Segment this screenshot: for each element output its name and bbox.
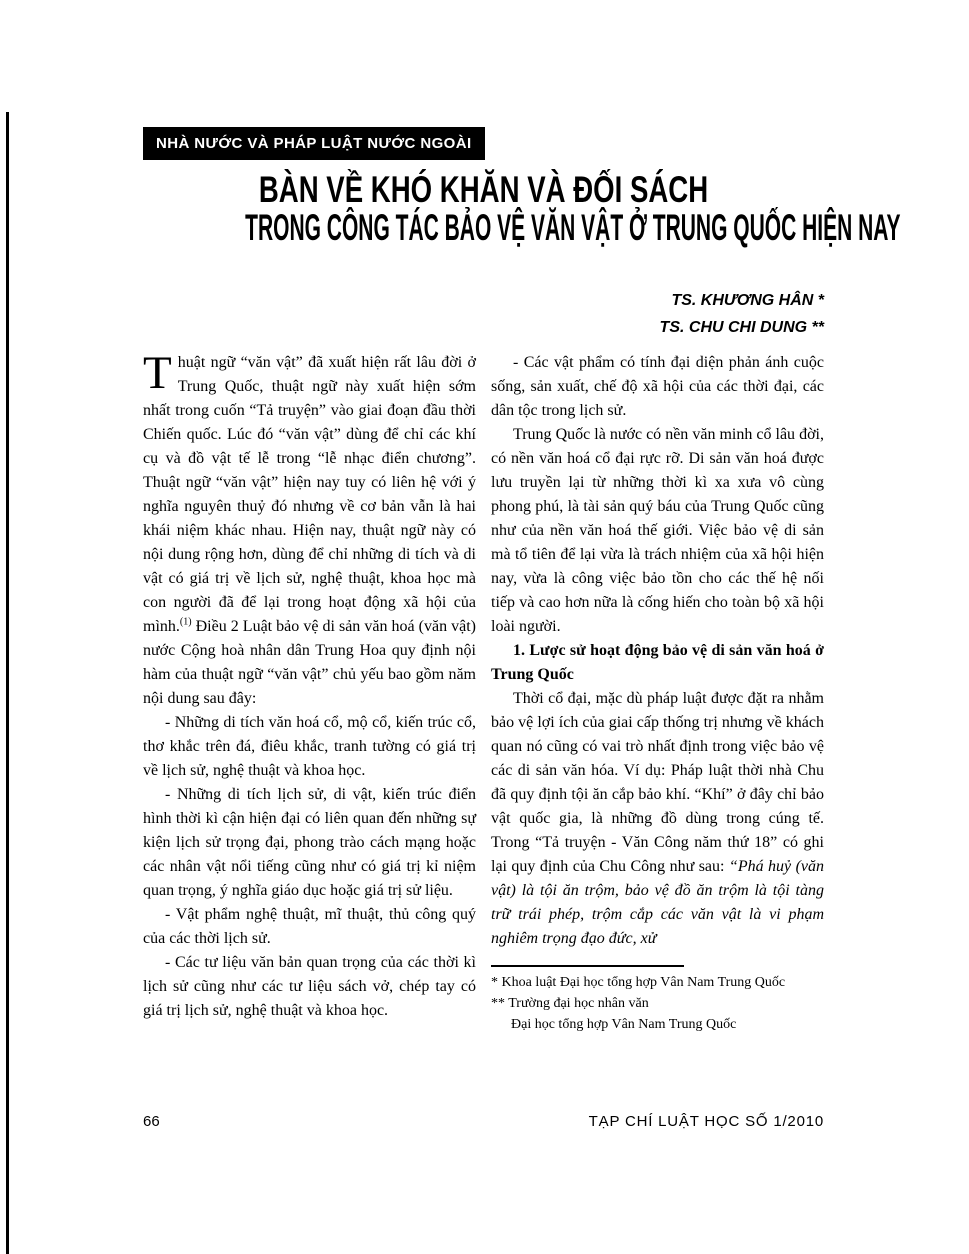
section-banner: NHÀ NƯỚC VÀ PHÁP LUẬT NƯỚC NGOÀI [143,127,485,160]
paragraph-intro: Thuật ngữ “văn vật” đã xuất hiện rất lâu… [143,351,476,711]
paragraph-intro-text: huật ngữ “văn vật” đã xuất hiện rất lâu … [143,354,476,635]
author-block: TS. KHƯƠNG HÂN * TS. CHU CHI DUNG ** [143,287,824,341]
right-column: - Các vật phẩm có tính đại diện phản ánh… [491,351,824,1109]
author-2: TS. CHU CHI DUNG ** [143,314,824,341]
list-item-1: - Những di tích văn hoá cổ, mộ cổ, kiến … [143,711,476,783]
paragraph-history-text: Thời cổ đại, mặc dù pháp luật được đặt r… [491,690,824,875]
list-item-2: - Những di tích lịch sử, di vật, kiến tr… [143,783,476,903]
journal-name: TẠP CHÍ LUẬT HỌC SỐ 1/2010 [589,1113,824,1130]
list-item-4: - Các tư liệu văn bản quan trọng của các… [143,951,476,1023]
article-title: BÀN VỀ KHÓ KHĂN VÀ ĐỐI SÁCH TRONG CÔNG T… [143,172,824,248]
section-heading-1: 1. Lược sử hoạt động bảo vệ di sản văn h… [491,639,824,687]
drop-cap: T [143,351,178,394]
page-number: 66 [143,1113,160,1130]
footnote-separator-rule [491,965,684,967]
footnote-block: * Khoa luật Đại học tổng hợp Vân Nam Tru… [491,965,824,1035]
paragraph-china-heritage: Trung Quốc là nước có nền văn minh cổ lâ… [491,423,824,639]
page-footer: 66 TẠP CHÍ LUẬT HỌC SỐ 1/2010 [143,1113,824,1130]
footnote-2: ** Trường đại học nhân văn [491,993,824,1014]
list-item-5: - Các vật phẩm có tính đại diện phản ánh… [491,351,824,423]
footnote-2-continued: Đại học tổng hợp Vân Nam Trung Quốc [491,1014,824,1035]
footnote-1: * Khoa luật Đại học tổng hợp Vân Nam Tru… [491,972,824,993]
article-title-line-2: TRONG CÔNG TÁC BẢO VỆ VĂN VẬT Ở TRUNG QU… [245,206,722,252]
article-body: Thuật ngữ “văn vật” đã xuất hiện rất lâu… [143,351,824,1109]
author-1: TS. KHƯƠNG HÂN * [143,287,824,314]
paragraph-intro-text-cont: Điều 2 Luật bảo vệ di sản văn hoá (văn v… [143,618,476,707]
section-banner-label: NHÀ NƯỚC VÀ PHÁP LUẬT NƯỚC NGOÀI [156,135,472,152]
footnote-reference-1: (1) [180,617,192,628]
left-column: Thuật ngữ “văn vật” đã xuất hiện rất lâu… [143,351,476,1109]
list-item-3: - Vật phẩm nghệ thuật, mĩ thuật, thủ côn… [143,903,476,951]
paragraph-history: Thời cổ đại, mặc dù pháp luật được đặt r… [491,687,824,951]
page-left-border-rule [6,112,9,1254]
